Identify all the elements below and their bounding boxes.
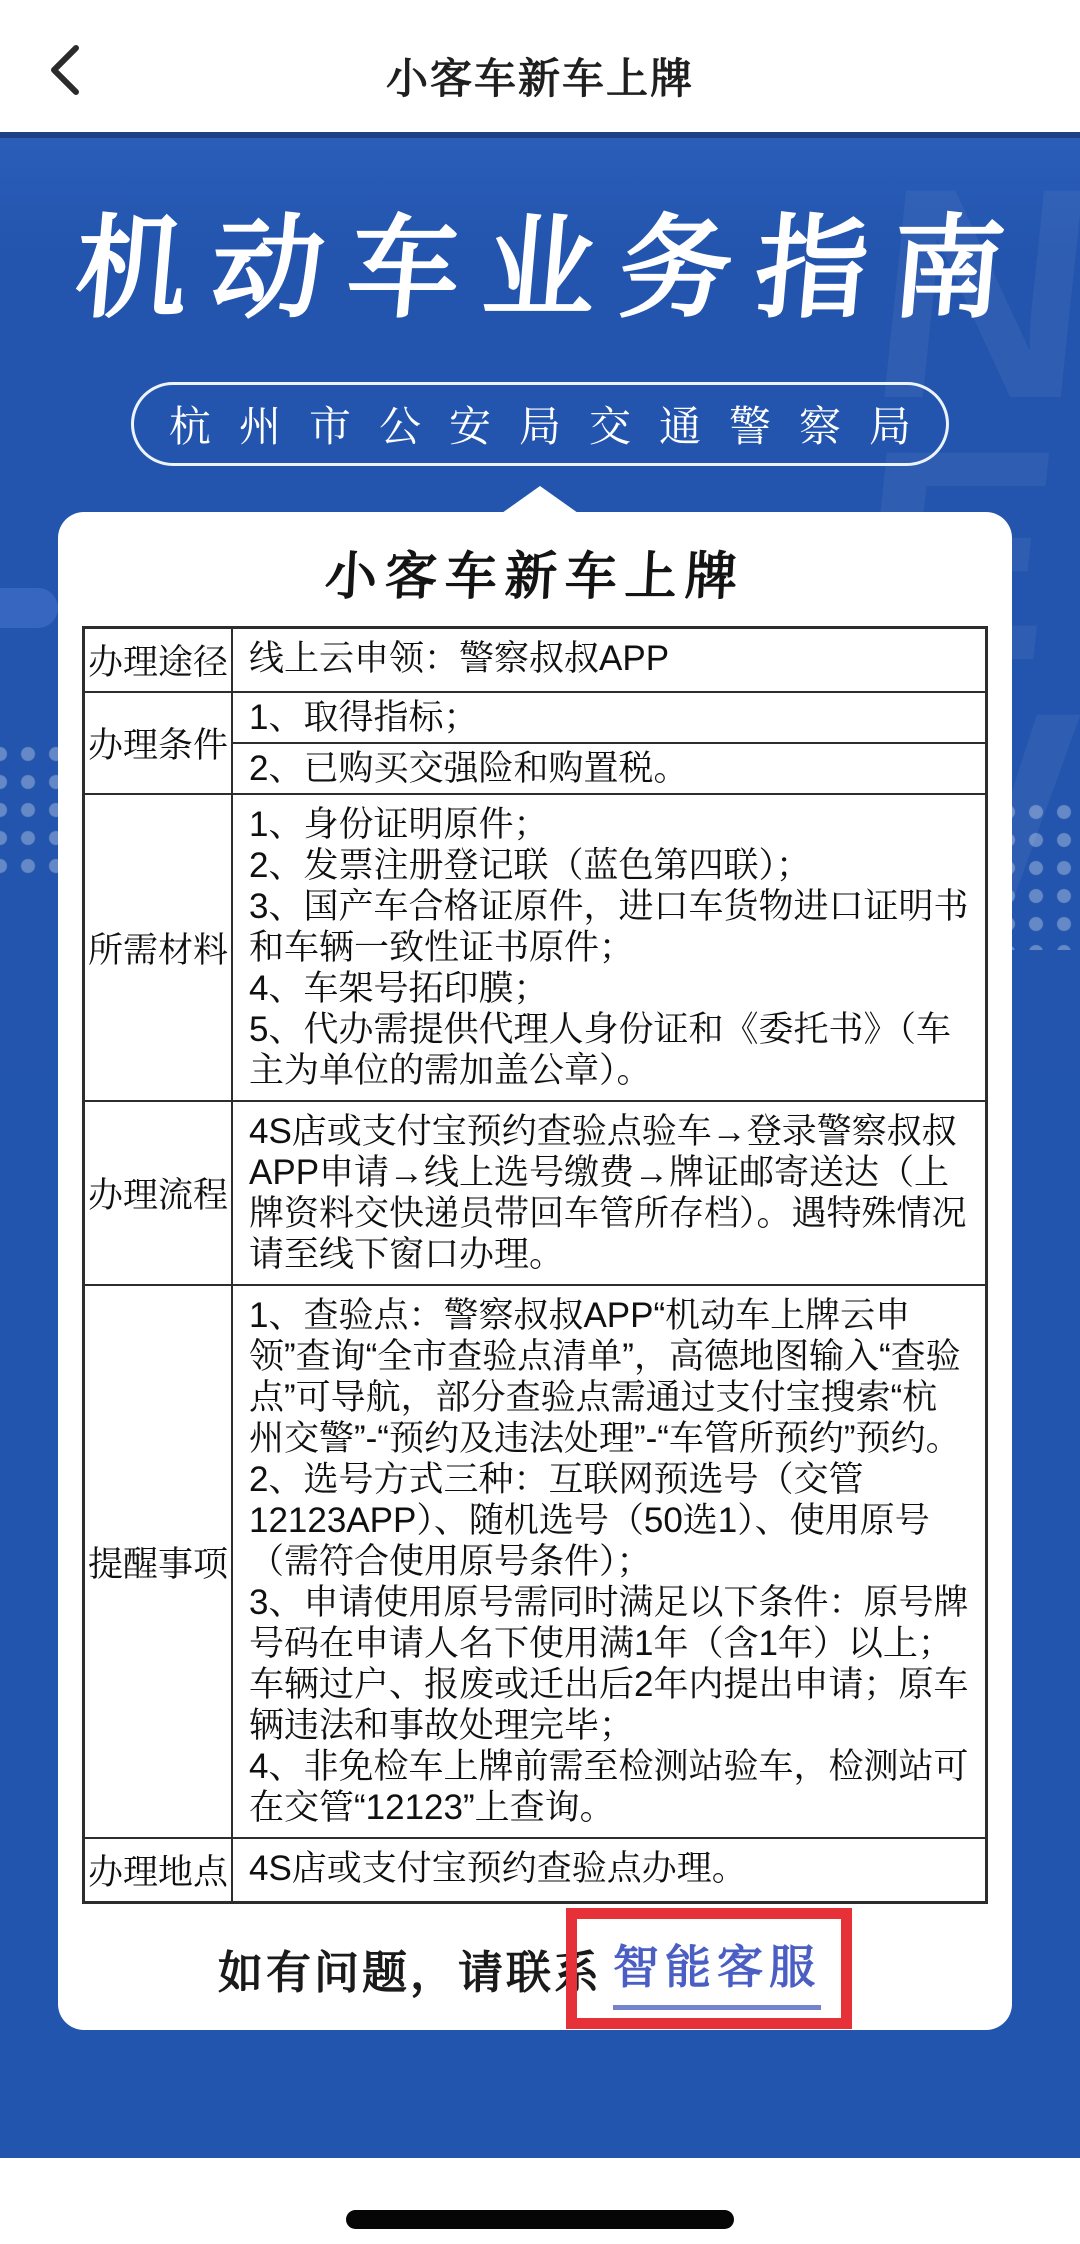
row-label: 办理地点 bbox=[85, 1839, 233, 1901]
agency-name: 杭州市公安局交通警察局 bbox=[141, 394, 939, 454]
row-value: 4S店或支付宝预约查验点验车→登录警察叔叔APP申请→线上选号缴费→牌证邮寄送达… bbox=[233, 1102, 985, 1284]
footer-text: 如有问题，请联系 bbox=[218, 1936, 602, 2001]
row-label: 办理条件 bbox=[85, 693, 233, 793]
card-title: 小客车新车上牌 bbox=[80, 546, 989, 608]
row-label: 所需材料 bbox=[85, 795, 233, 1100]
table-row: 办理途径线上云申领：警察叔叔APP bbox=[85, 629, 985, 691]
row-value: 1、查验点：警察叔叔APP“机动车上牌云申领”查询“全市查验点清单”，高德地图输… bbox=[233, 1286, 985, 1837]
row-subvalue: 2、已购买交强险和购置税。 bbox=[233, 742, 985, 793]
info-table: 办理途径线上云申领：警察叔叔APP办理条件1、取得指标；2、已购买交强险和购置税… bbox=[82, 626, 988, 1904]
agency-pill: 杭州市公安局交通警察局 bbox=[131, 382, 949, 466]
decor-band bbox=[0, 588, 58, 628]
row-item: 3、申请使用原号需同时满足以下条件：原号牌号码在申请人名下使用满1年（含1年）以… bbox=[249, 1582, 971, 1746]
row-label: 办理途径 bbox=[85, 629, 233, 691]
row-item: 线上云申领：警察叔叔APP bbox=[249, 638, 971, 679]
row-value: 线上云申领：警察叔叔APP bbox=[233, 629, 985, 691]
row-item: 4、车架号拓印膜； bbox=[249, 968, 971, 1009]
smart-service-link[interactable]: 智能客服 bbox=[613, 1931, 821, 2010]
screen: 小客车新车上牌 NEW 机动车业务指南 杭州市公安局交通警察局 小客车新车上牌 … bbox=[0, 0, 1080, 2244]
row-label: 提醒事项 bbox=[85, 1286, 233, 1837]
row-value: 4S店或支付宝预约查验点办理。 bbox=[233, 1839, 985, 1901]
top-divider bbox=[0, 132, 1080, 138]
highlight-red-box: 智能客服 bbox=[566, 1908, 852, 2029]
table-row: 办理地点4S店或支付宝预约查验点办理。 bbox=[85, 1837, 985, 1901]
nav-bar: 小客车新车上牌 bbox=[0, 0, 1080, 132]
row-item: 5、代办需提供代理人身份证和《委托书》（车主为单位的需加盖公章）。 bbox=[249, 1009, 971, 1091]
row-item: 4S店或支付宝预约查验点办理。 bbox=[249, 1848, 971, 1889]
row-item: 2、选号方式三种：互联网预选号（交管12123APP）、随机选号（50选1）、使… bbox=[249, 1459, 971, 1582]
row-value: 1、身份证明原件；2、发票注册登记联（蓝色第四联）；3、国产车合格证原件，进口车… bbox=[233, 795, 985, 1100]
row-item: 1、身份证明原件； bbox=[249, 804, 971, 845]
table-row: 所需材料1、身份证明原件；2、发票注册登记联（蓝色第四联）；3、国产车合格证原件… bbox=[85, 793, 985, 1100]
footer-line: 如有问题，请联系 智能客服 bbox=[82, 1910, 988, 2026]
row-item: 1、查验点：警察叔叔APP“机动车上牌云申领”查询“全市查验点清单”，高德地图输… bbox=[249, 1295, 971, 1459]
table-row: 办理条件1、取得指标；2、已购买交强险和购置税。 bbox=[85, 691, 985, 793]
home-indicator-bar[interactable] bbox=[346, 2210, 734, 2229]
row-item: 4S店或支付宝预约查验点验车→登录警察叔叔APP申请→线上选号缴费→牌证邮寄送达… bbox=[249, 1111, 971, 1275]
info-card: 小客车新车上牌 办理途径线上云申领：警察叔叔APP办理条件1、取得指标；2、已购… bbox=[58, 512, 1012, 2030]
row-subvalue: 1、取得指标； bbox=[233, 693, 985, 742]
table-row: 办理流程4S店或支付宝预约查验点验车→登录警察叔叔APP申请→线上选号缴费→牌证… bbox=[85, 1100, 985, 1284]
page-title: 小客车新车上牌 bbox=[0, 46, 1080, 106]
bottom-strip bbox=[0, 2158, 1080, 2244]
row-item: 2、发票注册登记联（蓝色第四联）； bbox=[249, 845, 971, 886]
table-row: 提醒事项1、查验点：警察叔叔APP“机动车上牌云申领”查询“全市查验点清单”，高… bbox=[85, 1284, 985, 1837]
poster-section: NEW 机动车业务指南 杭州市公安局交通警察局 小客车新车上牌 办理途径线上云申… bbox=[0, 132, 1080, 2158]
poster-title: 机动车业务指南 bbox=[0, 208, 1080, 330]
row-label: 办理流程 bbox=[85, 1102, 233, 1284]
row-value: 1、取得指标；2、已购买交强险和购置税。 bbox=[233, 693, 985, 793]
pointer-triangle bbox=[502, 486, 578, 513]
row-item: 4、非免检车上牌前需至检测站验车，检测站可在交管“12123”上查询。 bbox=[249, 1746, 971, 1828]
row-item: 3、国产车合格证原件，进口车货物进口证明书和车辆一致性证书原件； bbox=[249, 886, 971, 968]
